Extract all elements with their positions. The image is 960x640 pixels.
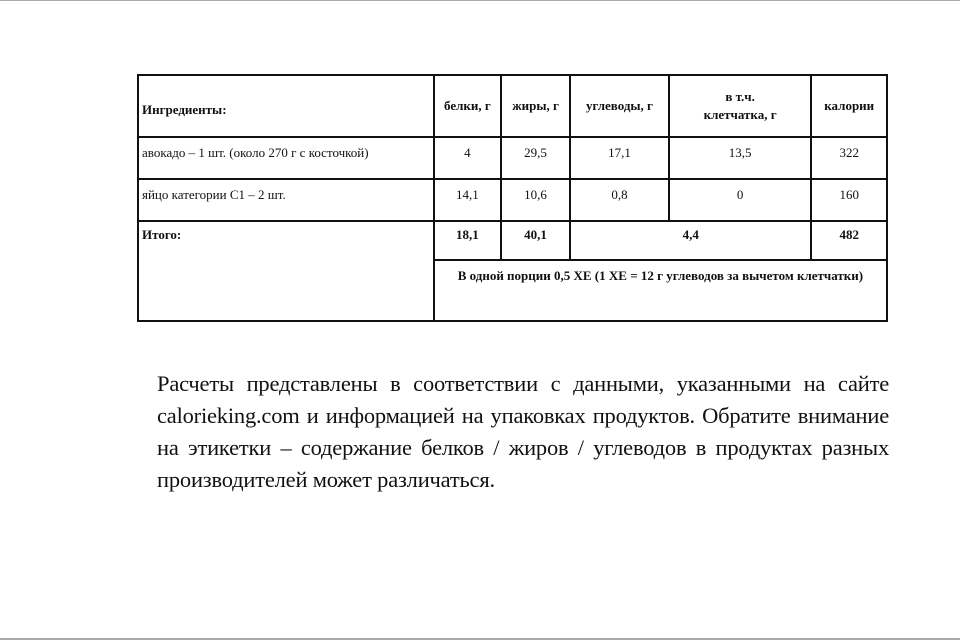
- cell-carbs: 17,1: [570, 137, 669, 179]
- page-top-border: [0, 0, 960, 1]
- table-total-row: Итого: 18,1 40,1 4,4 482: [138, 221, 887, 260]
- cell-fat: 10,6: [501, 179, 570, 221]
- header-carbs: углеводы, г: [570, 75, 669, 137]
- total-calories: 482: [811, 221, 887, 260]
- table-header-row: Ингредиенты: белки, г жиры, г углеводы, …: [138, 75, 887, 137]
- total-label: Итого:: [138, 221, 434, 321]
- total-protein: 18,1: [434, 221, 501, 260]
- cell-fiber: 0: [669, 179, 812, 221]
- cell-protein: 4: [434, 137, 501, 179]
- header-calories: калории: [811, 75, 887, 137]
- cell-fiber: 13,5: [669, 137, 812, 179]
- header-fiber-line1: в т.ч.: [673, 88, 808, 106]
- cell-protein: 14,1: [434, 179, 501, 221]
- header-fiber-line2: клетчатка, г: [673, 106, 808, 124]
- total-fat: 40,1: [501, 221, 570, 260]
- header-fiber: в т.ч. клетчатка, г: [669, 75, 812, 137]
- nutrition-table: Ингредиенты: белки, г жиры, г углеводы, …: [137, 74, 888, 322]
- header-protein: белки, г: [434, 75, 501, 137]
- total-net-carbs: 4,4: [570, 221, 811, 260]
- cell-calories: 322: [811, 137, 887, 179]
- serving-note: В одной порции 0,5 ХЕ (1 ХЕ = 12 г углев…: [438, 266, 883, 285]
- table-row: яйцо категории С1 – 2 шт. 14,1 10,6 0,8 …: [138, 179, 887, 221]
- cell-ingredient: яйцо категории С1 – 2 шт.: [138, 179, 434, 221]
- disclaimer-paragraph: Расчеты представлены в соответствии с да…: [157, 368, 889, 496]
- cell-ingredient: авокадо – 1 шт. (около 270 г с косточкой…: [138, 137, 434, 179]
- header-fat: жиры, г: [501, 75, 570, 137]
- table-row: авокадо – 1 шт. (около 270 г с косточкой…: [138, 137, 887, 179]
- cell-fat: 29,5: [501, 137, 570, 179]
- cell-calories: 160: [811, 179, 887, 221]
- header-ingredients: Ингредиенты:: [138, 75, 434, 137]
- cell-carbs: 0,8: [570, 179, 669, 221]
- serving-note-cell: В одной порции 0,5 ХЕ (1 ХЕ = 12 г углев…: [434, 260, 887, 321]
